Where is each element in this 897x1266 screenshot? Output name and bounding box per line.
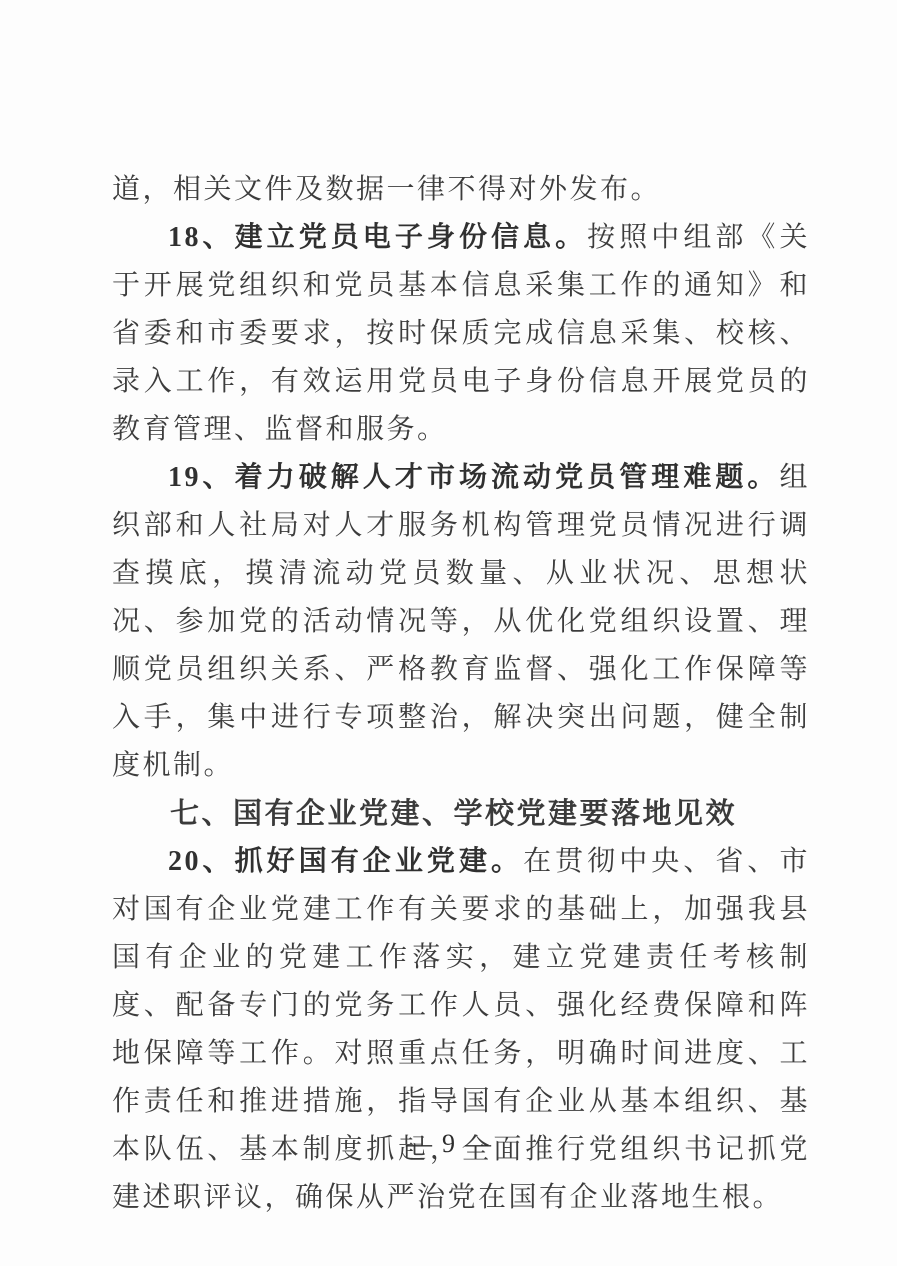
paragraph-item-19: 19、着力破解人才市场流动党员管理难题。组织部和人社局对人才服务机构管理党员情况… [112,454,810,790]
paragraph-item-18-lead: 18、建立党员电子身份信息。 [168,222,587,253]
section-heading-7: 七、国有企业党建、学校党建要落地见效 [112,790,810,838]
paragraph-item-19-lead: 19、着力破解人才市场流动党员管理难题。 [168,462,779,493]
page-footer: —9— [0,1128,897,1160]
footer-dash-right: — [465,1129,491,1158]
paragraph-item-20-lead: 20、抓好国有企业党建。 [168,846,523,877]
document-page: 道，相关文件及数据一律不得对外发布。 18、建立党员电子身份信息。按照中组部《关… [0,0,897,1266]
paragraph-continuation-text: 道，相关文件及数据一律不得对外发布。 [112,174,661,205]
document-body: 道，相关文件及数据一律不得对外发布。 18、建立党员电子身份信息。按照中组部《关… [112,166,810,1222]
paragraph-continuation: 道，相关文件及数据一律不得对外发布。 [112,166,810,214]
paragraph-item-18: 18、建立党员电子身份信息。按照中组部《关于开展党组织和党员基本信息采集工作的通… [112,214,810,454]
page-number: 9 [442,1129,455,1158]
paragraph-item-20: 20、抓好国有企业党建。在贯彻中央、省、市对国有企业党建工作有关要求的基础上，加… [112,838,810,1222]
paragraph-item-18-body: 按照中组部《关于开展党组织和党员基本信息采集工作的通知》和省委和市委要求，按时保… [112,222,810,445]
footer-dash-left: — [406,1129,432,1158]
paragraph-item-19-body: 组织部和人社局对人才服务机构管理党员情况进行调查摸底，摸清流动党员数量、从业状况… [112,462,810,781]
